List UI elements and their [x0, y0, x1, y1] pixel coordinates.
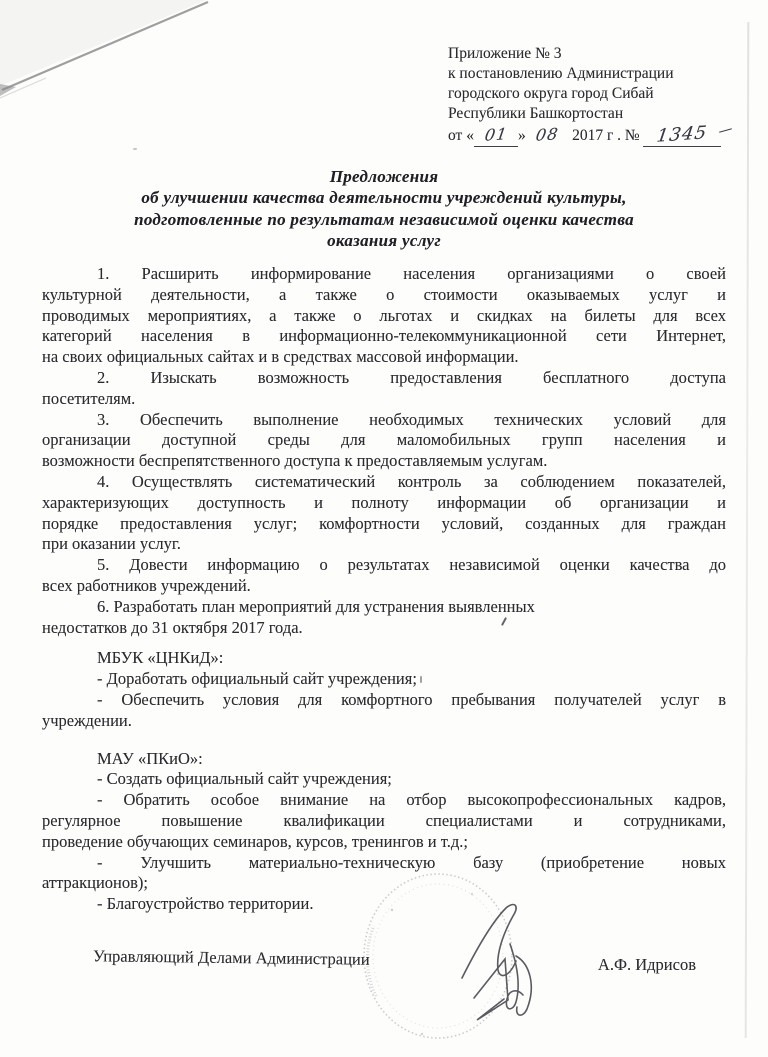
section-mau-pkio: МАУ «ПКиО»: - Создать официальный сайт у… — [42, 749, 726, 915]
date-prefix: от « — [448, 127, 474, 144]
paragraph-1: 1. Расширить информирование населения ор… — [42, 264, 726, 368]
text-line: проводимых мероприятиях, а также о льгот… — [42, 306, 726, 327]
text-line: всех работников учреждений. — [42, 576, 726, 597]
text-line: 4. Осуществлять систематический контроль… — [42, 472, 726, 493]
text-line: - Доработать официальный сайт учреждения… — [42, 669, 726, 690]
pen-stroke — [719, 128, 732, 133]
text-line: организации доступной среды для маломоби… — [42, 430, 726, 451]
title-line: подготовленные по результатам независимо… — [50, 209, 718, 230]
text-line: регулярное повышение квалификации специа… — [42, 811, 726, 832]
text-line: - Обеспечить условия для комфортного пре… — [42, 690, 726, 711]
text-line: культурной деятельности, а также о стоим… — [42, 285, 726, 306]
text-line: - Благоустройство территории. — [42, 894, 726, 915]
section-heading: МАУ «ПКиО»: — [42, 749, 726, 770]
scan-speck — [133, 148, 137, 150]
signatory-position-label: Управляющий Делами Администрации — [93, 946, 370, 976]
text-line: аттракционов); — [42, 873, 726, 894]
section-mbuk-cnkid: МБУК «ЦНКиД»: - Доработать официальный с… — [42, 648, 726, 731]
text-line: недостатков до 31 октября 2017 года. — [42, 618, 726, 639]
text-line: 2. Изыскать возможность предоставления б… — [42, 368, 726, 389]
doc-number-blank: 1345 — [643, 125, 721, 147]
text-line: при оказании услуг. — [42, 534, 726, 555]
paragraph-4: 4. Осуществлять систематический контроль… — [42, 472, 726, 555]
text-line: - Улучшить материально-техническую базу … — [42, 853, 726, 874]
title-line: Предложения — [50, 166, 718, 187]
date-day-blank: 01 — [474, 125, 518, 147]
text-line: - Создать официальный сайт учреждения; — [42, 769, 726, 790]
document-title: Предложения об улучшении качества деятел… — [50, 166, 718, 252]
text-line: категорий населения в информационно-теле… — [42, 326, 726, 347]
handwritten-day: 01 — [483, 124, 508, 146]
text-line: на своих официальных сайтах и в средства… — [42, 347, 726, 368]
list-item: - Создать официальный сайт учреждения; — [42, 769, 726, 790]
text-line: - Обратить особое внимание на отбор высо… — [42, 790, 726, 811]
list-item: - Обратить особое внимание на отбор высо… — [42, 790, 726, 852]
paragraph-6: 6. Разработать план мероприятий для устр… — [42, 597, 726, 639]
text-line: учреждении. — [42, 711, 726, 732]
paragraph-5: 5. Довести информацию о результатах неза… — [42, 555, 726, 597]
scan-edge-shadow — [745, 22, 750, 1038]
paragraph-2: 2. Изыскать возможность предоставления б… — [42, 368, 726, 410]
signatory-name: А.Ф. Идрисов — [598, 955, 696, 975]
date-number-line: от «01»082017 г . №1345 — [448, 125, 760, 147]
title-line: оказания услуг — [50, 230, 718, 251]
list-item: - Благоустройство территории. — [42, 894, 726, 915]
handwritten-doc-number: 1345 — [655, 123, 708, 146]
date-close-quote: » — [518, 127, 526, 144]
title-line: об улучшении качества деятельности учреж… — [50, 187, 718, 208]
scanned-document-page: Приложение № 3 к постановлению Администр… — [0, 0, 768, 1057]
text-line: порядке предоставления услуг; комфортнос… — [42, 514, 726, 535]
list-item: - Улучшить материально-техническую базу … — [42, 853, 726, 895]
list-item: - Доработать официальный сайт учреждения… — [42, 669, 726, 690]
text-line: 5. Довести информацию о результатах неза… — [42, 555, 726, 576]
appendix-number-line: Приложение № 3 — [448, 44, 760, 64]
text-line: 1. Расширить информирование населения ор… — [42, 264, 726, 285]
date-year-text: 2017 г . № — [572, 127, 640, 144]
text-line: 6. Разработать план мероприятий для устр… — [42, 597, 726, 618]
text-line: посетителям. — [42, 389, 726, 410]
letterhead-line: Республики Башкортостан — [448, 104, 760, 124]
handwritten-month: 08 — [534, 124, 559, 146]
page-corner-fold — [0, 0, 220, 110]
letterhead-block: Приложение № 3 к постановлению Администр… — [448, 44, 760, 147]
document-body: 1. Расширить информирование населения ор… — [42, 264, 726, 915]
paragraph-3: 3. Обеспечить выполнение необходимых тех… — [42, 410, 726, 472]
section-heading: МБУК «ЦНКиД»: — [42, 648, 726, 669]
text-line: проведение обучающих семинаров, курсов, … — [42, 832, 726, 853]
signature-row: Управляющий Делами Администрации А.Ф. Ид… — [93, 948, 696, 975]
text-line: характеризующих доступность и полноту ин… — [42, 493, 726, 514]
letterhead-line: городского округа город Сибай — [448, 84, 760, 104]
text-line: возможности беспрепятственного доступа к… — [42, 451, 726, 472]
list-item: - Обеспечить условия для комфортного пре… — [42, 690, 726, 732]
letterhead-line: к постановлению Администрации — [448, 64, 760, 84]
text-line: 3. Обеспечить выполнение необходимых тех… — [42, 410, 726, 431]
